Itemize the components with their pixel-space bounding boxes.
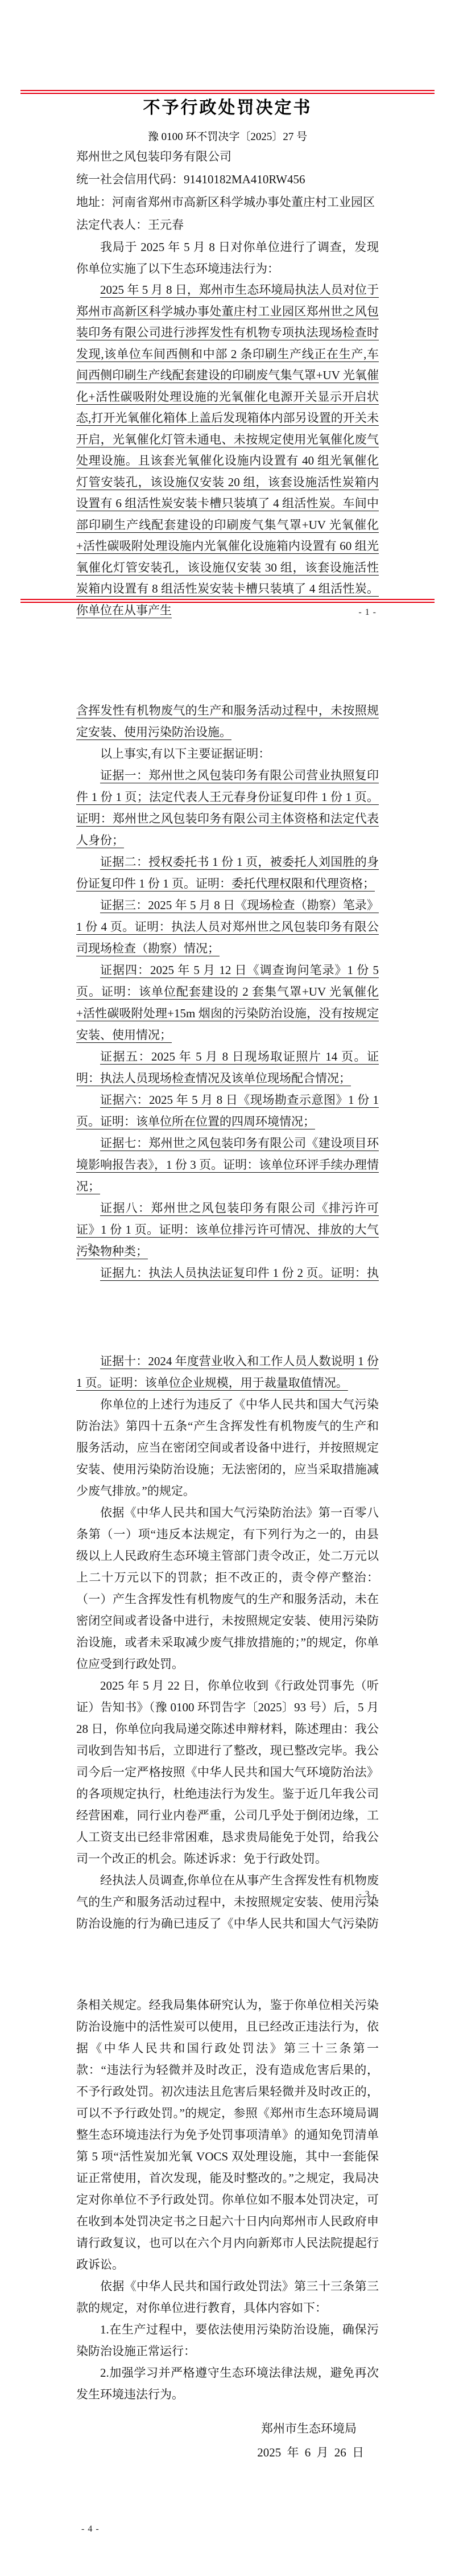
evidence-item-1: 证据一：郑州世之风包装印务有限公司营业执照复印件 1 份 1 页；法定代表人王元…	[76, 765, 379, 851]
evidence-intro: 以上事实,有以下主要证据证明：	[76, 743, 379, 765]
page-number-3: - 3 -	[358, 1889, 377, 1900]
education-item-1: 1.在生产过程中，要依法使用污染防治设施，确保污染防治设施正常运行：	[76, 2319, 379, 2362]
page-number-2: - 2 -	[81, 1242, 100, 1253]
evidence-item-10: 证据十：2024 年度营业收入和工作人员人数说明 1 份 1 页。证明：该单位企…	[76, 1350, 379, 1394]
violation-paragraph-part1: 2025 年 5 月 8 日，郑州市生态环境局执法人员对位于郑州市高新区科学城办…	[76, 280, 379, 621]
violation-paragraph-part2: 含挥发性有机物废气的生产和服务活动过程中，未按照规定安装、使用污染防治设施。	[76, 700, 379, 743]
investigation-intro: 我局于 2025 年 5 月 8 日对你单位进行了调查，发现你单位实施了以下生态…	[76, 236, 379, 280]
recipient-address: 地址：河南省郑州市高新区科学城办事处董庄村工业园区	[76, 191, 379, 213]
evidence-item-9: 证据九：执法人员执法证复印件 1 份 2 页。证明：执法人员身份合法性；	[76, 1262, 379, 1288]
page-number-4: - 4 -	[81, 2524, 100, 2535]
page-1: 不予行政处罚决定书 豫 0100 环不罚决字〔2025〕27 号 郑州世之风包装…	[0, 0, 455, 644]
document: 不予行政处罚决定书 豫 0100 环不罚决字〔2025〕27 号 郑州世之风包装…	[0, 0, 455, 2576]
page-2: 含挥发性有机物废气的生产和服务活动过程中，未按照规定安装、使用污染防治设施。 以…	[0, 644, 455, 1288]
evidence-item-2: 证据二：授权委托书 1 份 1 页，被委托人刘国胜的身份证复印件 1 份 1 页…	[76, 851, 379, 894]
recipient-block: 郑州世之风包装印务有限公司 统一社会信用代码：91410182MA410RW45…	[76, 145, 379, 236]
issue-date: 2025 年 6 月 26 日	[257, 2441, 364, 2464]
education-intro: 依据《中华人民共和国行政处罚法》第三十三条第三款的规定，对你单位进行教育，具体内…	[76, 2275, 379, 2319]
page-3: 证据十：2024 年度营业收入和工作人员人数说明 1 份 1 页。证明：该单位企…	[0, 1288, 455, 1932]
evidence-item-4: 证据四：2025 年 5 月 12 日《调查询问笔录》1 份 5 页。证明：该单…	[76, 959, 379, 1046]
red-header-rule-top	[20, 90, 435, 94]
decision-paragraph-part1: 经执法人员调查,你单位在从事产生含挥发性有机物废气的生产和服务活动过程中，未按照…	[76, 1870, 379, 1932]
evidence-item-8: 证据八：郑州世之风包装印务有限公司《排污许可证》1 份 1 页。证明：该单位排污…	[76, 1197, 379, 1262]
evidence-item-5: 证据五：2025 年 5 月 8 日现场取证照片 14 页。证明：执法人员现场检…	[76, 1046, 379, 1089]
evidence-item-3: 证据三：2025 年 5 月 8 日《现场检查（勘察）笔录》1 份 4 页。证明…	[76, 894, 379, 959]
page-4: 条相关规定。经我局集体研究认为，鉴于你单位相关污染防治设施中的活性炭可以使用，且…	[0, 1932, 455, 2576]
education-item-2: 2.加强学习并严格遵守生态环境法律法规，避免再次发生环境违法行为。	[76, 2362, 379, 2405]
recipient-company: 郑州世之风包装印务有限公司	[76, 145, 379, 168]
recipient-credit-code: 统一社会信用代码：91410182MA410RW456	[76, 168, 379, 191]
statement-defense-paragraph: 2025 年 5 月 22 日，你单位收到《行政处罚事先（听证）告知书》（豫 0…	[76, 1675, 379, 1870]
document-number: 豫 0100 环不罚决字〔2025〕27 号	[76, 130, 379, 145]
violated-law-paragraph: 你单位的上述行为违反了《中华人民共和国大气污染防治法》第四十五条“产生含挥发性有…	[76, 1394, 379, 1502]
evidence-item-7: 证据七：郑州世之风包装印务有限公司《建设项目环境影响报告表》，1 份 3 页。证…	[76, 1132, 379, 1197]
document-title: 不予行政处罚决定书	[76, 97, 379, 120]
penalty-basis-paragraph: 依据《中华人民共和国大气污染防治法》第一百零八条第（一）项“违反本法规定，有下列…	[76, 1502, 379, 1675]
decision-paragraph-part2: 条相关规定。经我局集体研究认为，鉴于你单位相关污染防治设施中的活性炭可以使用，且…	[76, 1994, 379, 2275]
signature-block: 郑州市生态环境局 2025 年 6 月 26 日	[257, 2417, 364, 2464]
recipient-legal-representative: 法定代表人：王元春	[76, 213, 379, 236]
page-number-1: - 1 -	[358, 607, 377, 618]
issuing-authority: 郑州市生态环境局	[257, 2417, 357, 2441]
evidence-item-6: 证据六：2025 年 5 月 8 日《现场勘查示意图》1 份 1 页。证明：该单…	[76, 1089, 379, 1132]
red-footer-rule	[20, 599, 435, 603]
